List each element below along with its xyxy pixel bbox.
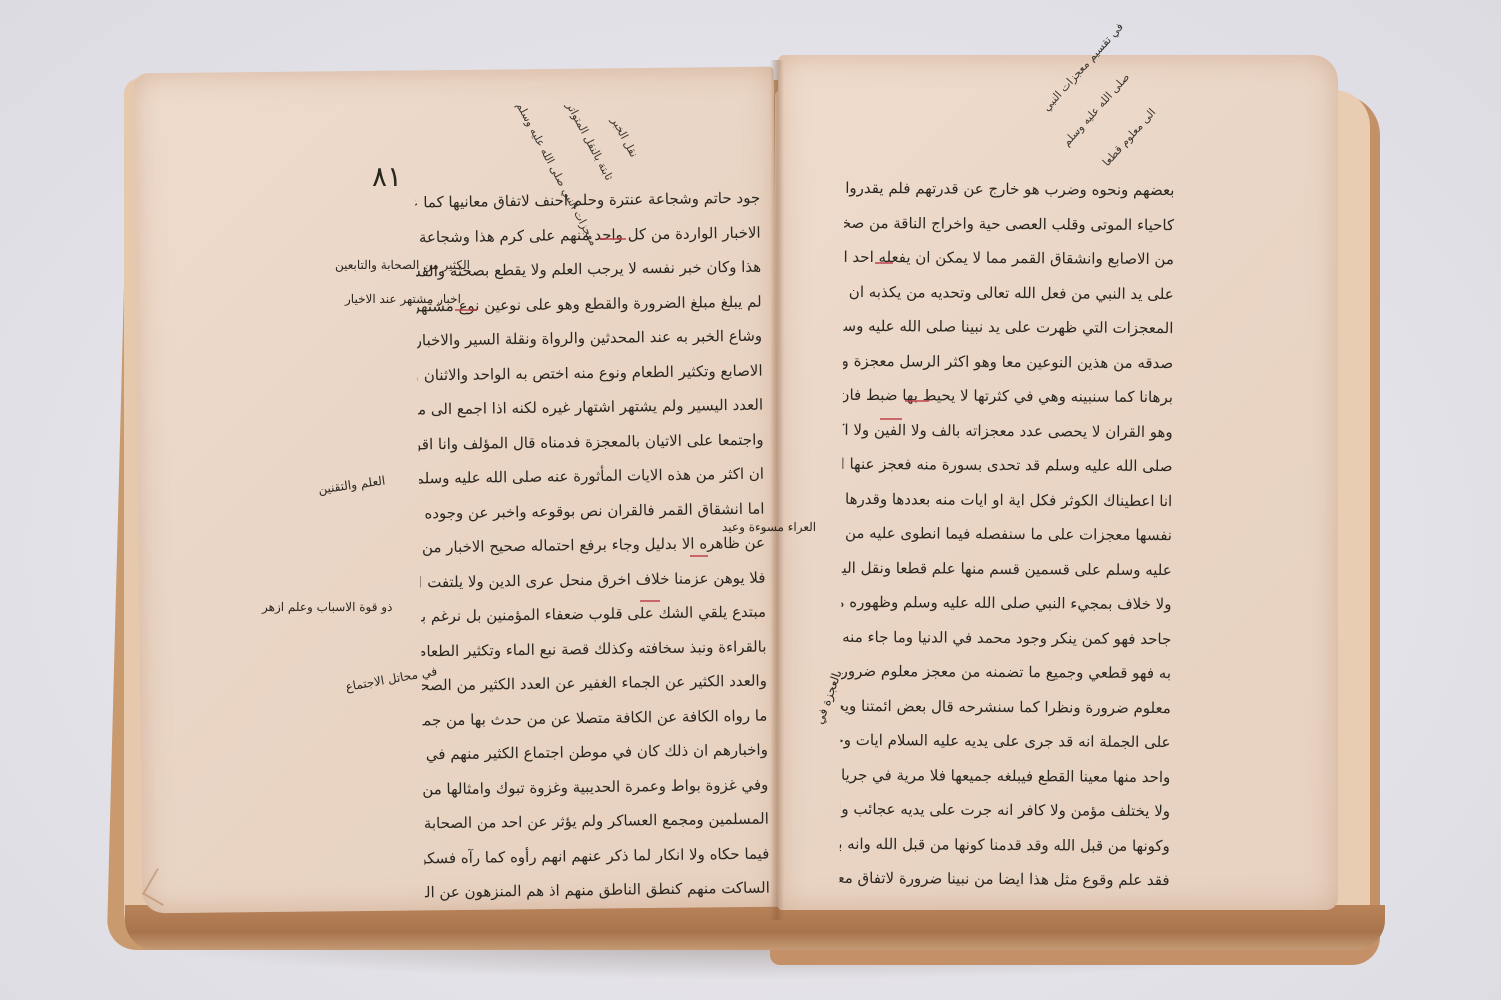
text-line: اما انشقاق القمر فالقران نص بوقوعه واخبر… (419, 491, 764, 530)
text-line: نفسها معجزات على ما سنفصله فيما انطوى عل… (842, 516, 1172, 553)
book-gutter (770, 60, 784, 920)
text-line: من الاصابع وانشقاق القمر مما لا يمكن ان … (844, 240, 1174, 277)
red-underline (455, 309, 477, 311)
text-line: على الجملة انه قد جرى على يديه عليه السل… (840, 723, 1170, 760)
text-line: الاخبار الواردة من كل واحد منهم على كرم … (415, 215, 760, 254)
red-underline (880, 418, 902, 420)
text-line: عليه وسلم على قسمين قسم منها علم قطعا ون… (842, 550, 1172, 587)
text-line: به فهو قطعي وجميع ما تضمنه من معجز معلوم… (841, 654, 1171, 691)
text-line: الساكت منهم كنطق الناطق منهم اذ هم المنز… (425, 871, 770, 910)
text-line: جاحد فهو كمن ينكر وجود محمد في الدنيا وم… (841, 619, 1171, 656)
text-line: مبتدع يلقي الشك على قلوب ضعفاء المؤمنين … (421, 595, 766, 634)
text-line: وشاع الخبر به عند المحدثين والرواة ونقلة… (417, 319, 762, 358)
text-line: وفي غزوة بواط وعمرة الحديبية وغزوة تبوك … (423, 767, 768, 806)
text-line: بعضهم ونحوه وضرب هو خارج عن قدرتهم فلم ي… (844, 171, 1174, 208)
page-number: ٨١ (372, 160, 402, 193)
text-line: فيما حكاه ولا انكار لما ذكر عنهم انهم رأ… (424, 836, 769, 875)
text-line: فقد علم وقوع مثل هذا ايضا من نبينا ضرورة… (839, 861, 1169, 898)
text-line: معلوم ضرورة ونظرا كما سنشرحه قال بعض ائم… (841, 688, 1171, 725)
text-line: لم يبلغ مبلغ الضرورة والقطع وهو على نوعي… (416, 284, 761, 323)
text-line: ان اكثر من هذه الايات المأثورة عنه صلى ا… (419, 457, 764, 496)
right-margin-note-1: العراء مسوءة وعيد (722, 520, 816, 534)
text-line: عن ظاهره الا بدليل وجاء برفع احتماله صحي… (420, 526, 765, 565)
left-margin-note-2: اخبار مشتهر عند الاخيار (345, 292, 461, 306)
text-line: صلى الله عليه وسلم قد تحدى بسورة منه فعج… (842, 447, 1172, 484)
left-margin-note-4: ذو قوة الاسباب وعلم ازهر (262, 600, 392, 614)
text-line: فلا يوهن عزمنا خلاف اخرق منحل عرى الدين … (420, 560, 765, 599)
text-line: واخبارهم ان ذلك كان في موطن اجتماع الكثي… (423, 733, 768, 772)
text-line: ولا يختلف مؤمن ولا كافر انه جرت على يديه… (840, 792, 1170, 829)
left-page-text: جود حاتم وشجاعة عنترة وحلم احنف لاتفاق م… (415, 181, 770, 910)
text-line: جود حاتم وشجاعة عنترة وحلم احنف لاتفاق م… (415, 181, 760, 220)
text-line: انا اعطيناك الكوثر فكل اية او ايات منه ب… (842, 481, 1172, 518)
text-line: كاحياء الموتى وقلب العصى حية واخراج النا… (844, 205, 1174, 242)
right-page-text: بعضهم ونحوه وضرب هو خارج عن قدرتهم فلم ي… (839, 171, 1174, 898)
red-underline (905, 400, 929, 402)
text-line: واجتمعا على الاتيان بالمعجزة فدمناه قال … (418, 422, 763, 461)
text-line: ما رواه الكافة عن الكافة متصلا عن من حدث… (422, 698, 767, 737)
text-line: ولا خلاف بمجيء النبي صلى الله عليه وسلم … (841, 585, 1171, 622)
red-underline (875, 262, 893, 264)
red-underline (600, 238, 626, 240)
text-line: المسلمين ومجمع العساكر ولم يؤثر عن احد م… (424, 802, 769, 841)
text-line: صدقه من هذين النوعين معا وهو اكثر الرسل … (843, 343, 1173, 380)
text-line: على يد النبي من فعل الله تعالى وتحديه من… (844, 274, 1174, 311)
text-line: واحد منها معينا القطع فيبلغه جميعها فلا … (840, 757, 1170, 794)
text-line: وكونها من قبل الله وقد قدمنا كونها من قب… (840, 826, 1170, 863)
left-margin-note-1: الكثير من الصحابة والتابعين (335, 258, 470, 272)
text-line: بالقراءة ونبذ سخافته وكذلك قصة نبع الماء… (421, 629, 766, 668)
red-underline (640, 600, 660, 602)
text-line: العدد اليسير ولم يشتهر اشتهار غيره لكنه … (418, 388, 763, 427)
book-bottom-edge (125, 905, 1385, 950)
red-underline (690, 555, 708, 557)
text-line: والعدد الكثير عن الجماء الغفير عن العدد … (422, 664, 767, 703)
text-line: الاصابع وتكثير الطعام ونوع منه اختص به ا… (417, 353, 762, 392)
text-line: المعجزات التي ظهرت على يد نبينا صلى الله… (843, 309, 1173, 346)
text-line: برهانا كما سنبينه وهي في كثرتها لا يحيط … (843, 378, 1173, 415)
